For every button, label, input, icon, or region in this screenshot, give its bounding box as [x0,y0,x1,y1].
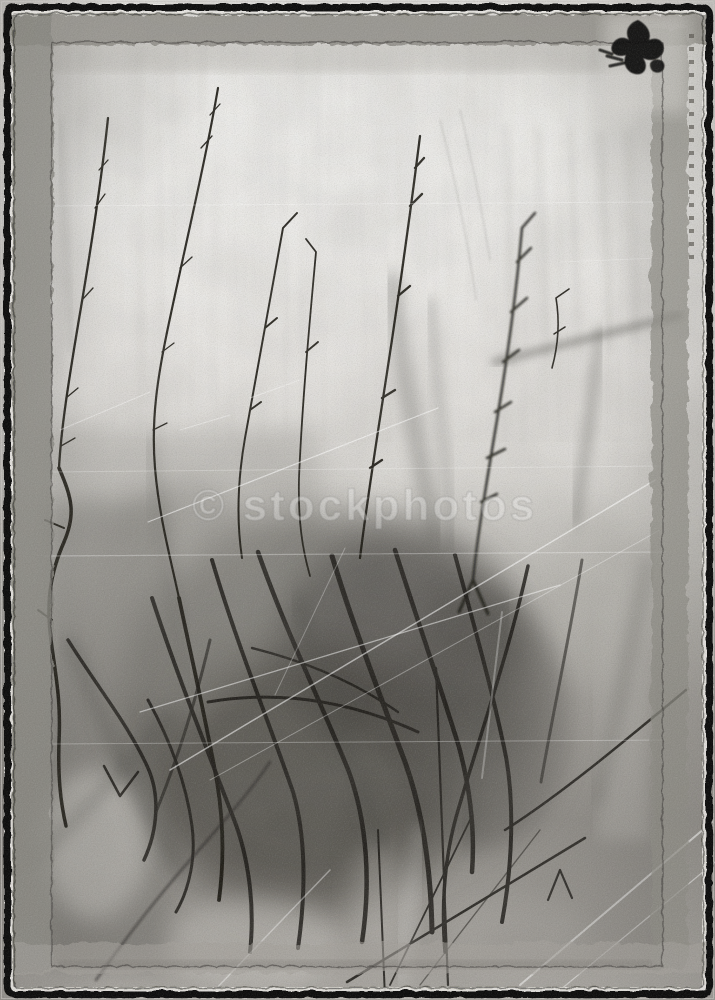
framed-photo: © stockphotos [0,0,715,1000]
film-grain-overlay [0,0,715,1000]
photo-canvas: © stockphotos [0,0,715,1000]
